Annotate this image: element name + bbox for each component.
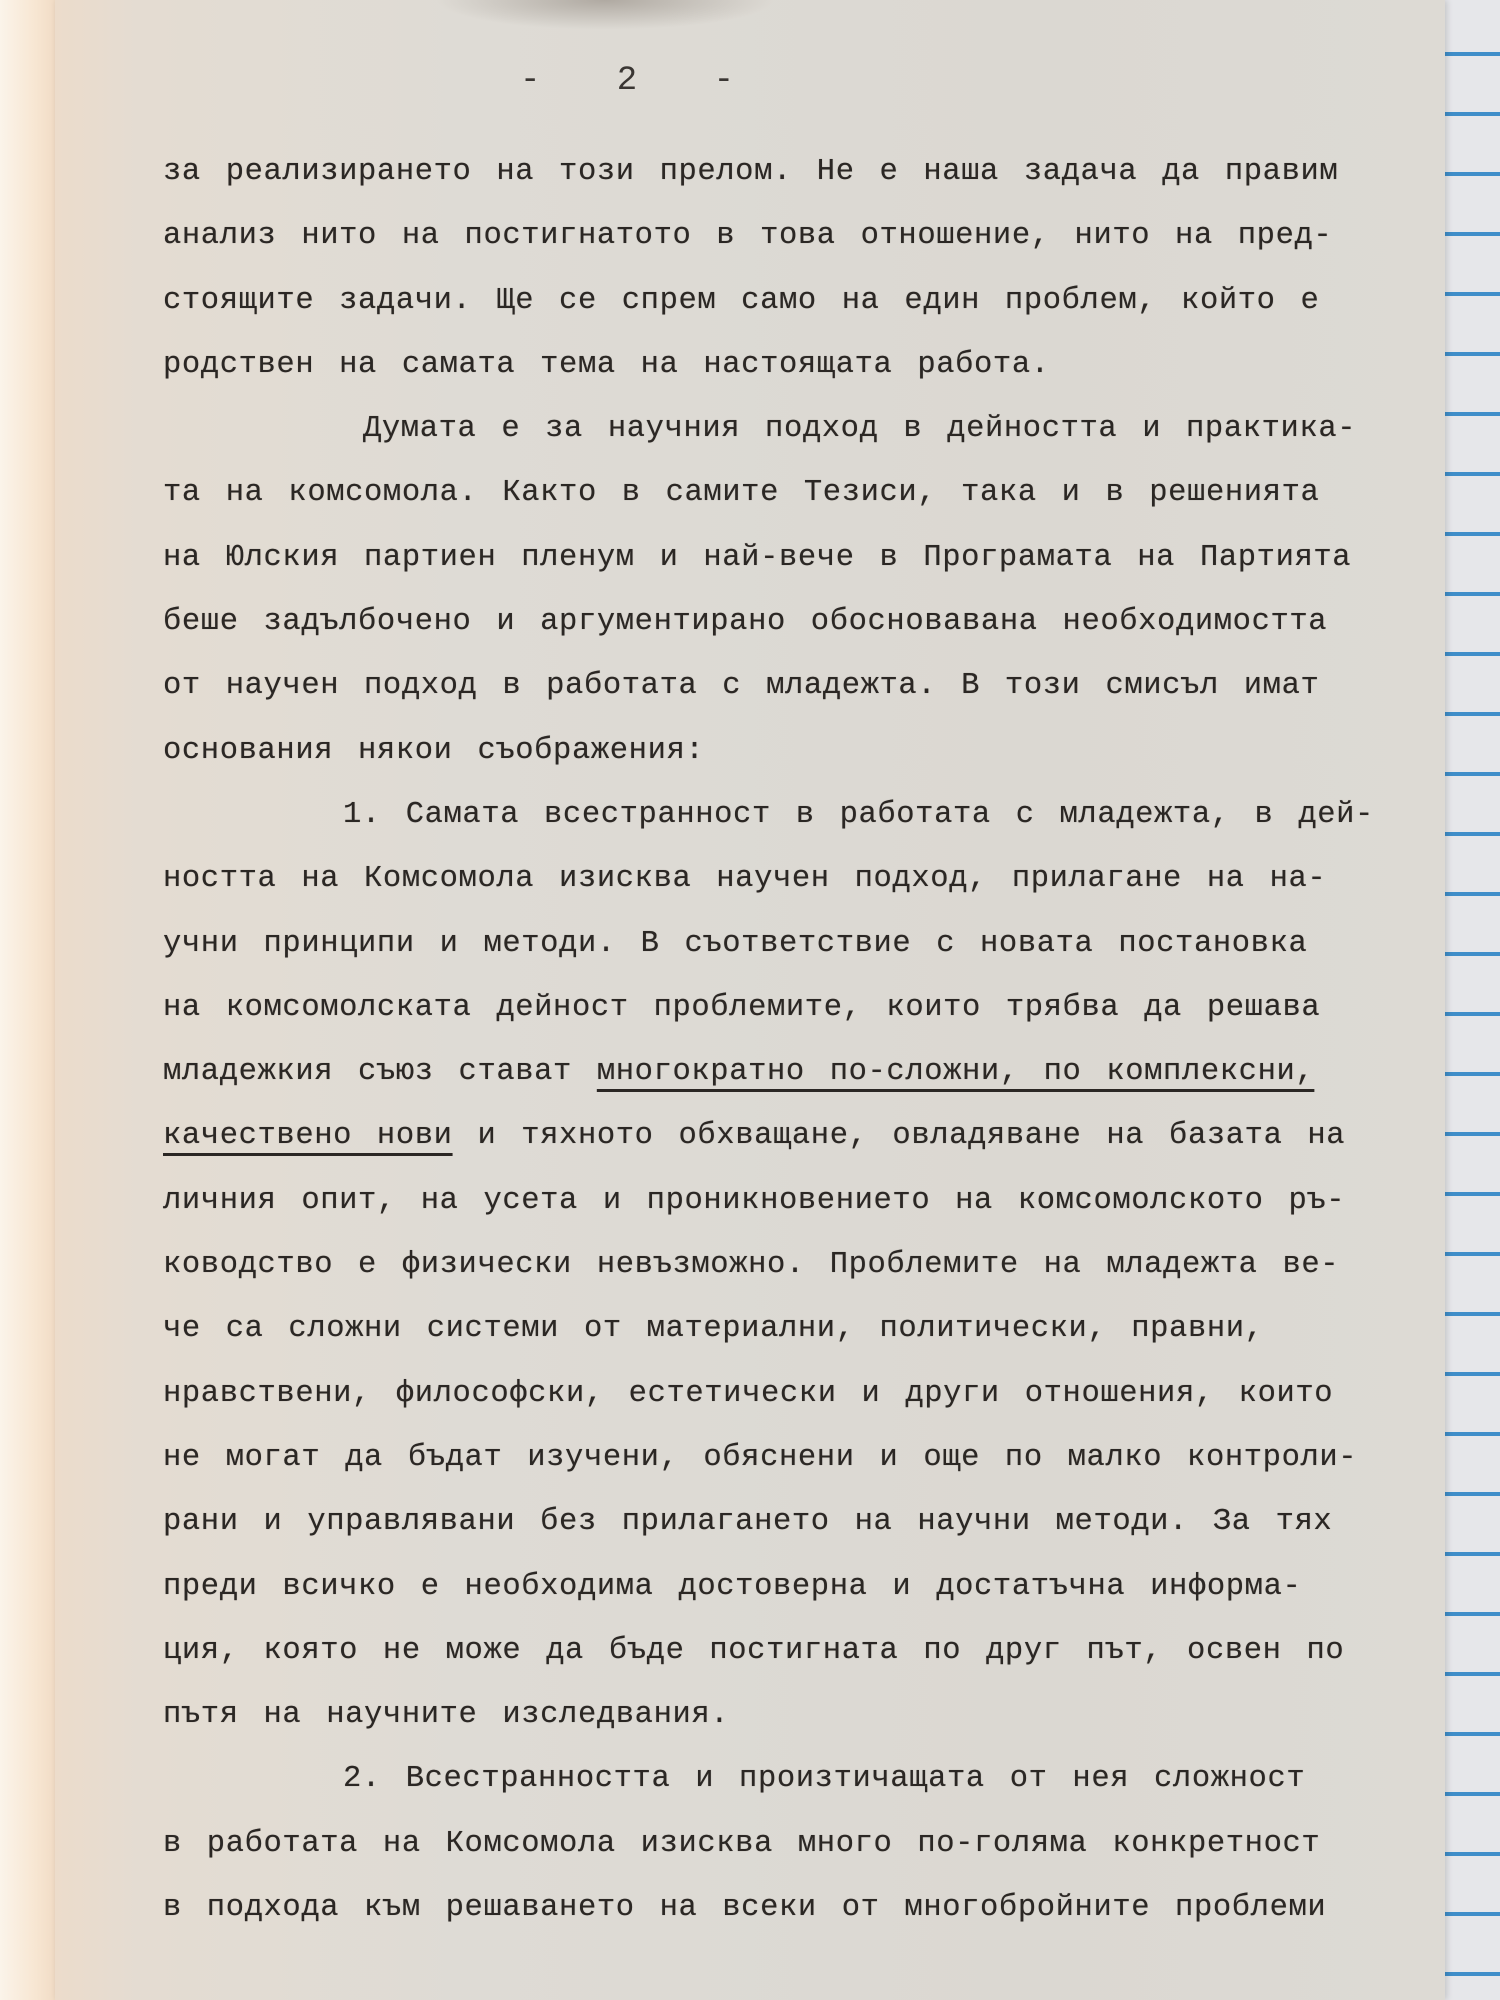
text-line: в работата на Комсомола изисква много по… bbox=[163, 1812, 1363, 1876]
text-line: пътя на научните изследвания. bbox=[163, 1683, 1363, 1747]
text-line: ководство е физически невъзможно. Пробле… bbox=[163, 1233, 1363, 1297]
numbered-point-1: 1. Самата всестранност в работата с млад… bbox=[163, 783, 1363, 847]
text-line: че са сложни системи от материални, поли… bbox=[163, 1297, 1363, 1361]
text-line: стоящите задачи. Ще се спрем само на еди… bbox=[163, 269, 1363, 333]
paragraph-start-line: Думата е за научния подход в дейността и… bbox=[163, 397, 1363, 461]
text-line: та на комсомола. Както в самите Тезиси, … bbox=[163, 461, 1363, 525]
text-line: за реализирането на този прелом. Не е на… bbox=[163, 140, 1363, 204]
text-line: беше задълбочено и аргументирано обоснов… bbox=[163, 590, 1363, 654]
text-line: анализ нито на постигнатото в това отнош… bbox=[163, 204, 1363, 268]
text-line: на Юлския партиен пленум и най-вече в Пр… bbox=[163, 526, 1363, 590]
underlined-phrase: качествено нови bbox=[163, 1119, 453, 1153]
page-number: - 2 - bbox=[520, 62, 762, 100]
text-line: на комсомолската дейност проблемите, кои… bbox=[163, 976, 1363, 1040]
text-line: ността на Комсомола изисква научен подхо… bbox=[163, 847, 1363, 911]
text-line: в подхода към решаването на всеки от мно… bbox=[163, 1876, 1363, 1940]
text-line: ция, която не може да бъде постигната по… bbox=[163, 1619, 1363, 1683]
text-line: нравствени, философски, естетически и др… bbox=[163, 1362, 1363, 1426]
text-line: родствен на самата тема на настоящата ра… bbox=[163, 333, 1363, 397]
text-line: учни принципи и методи. В съответствие с… bbox=[163, 912, 1363, 976]
text-line: не могат да бъдат изучени, обяснени и ощ… bbox=[163, 1426, 1363, 1490]
body-text: за реализирането на този прелом. Не е на… bbox=[163, 140, 1363, 1940]
text-line: от научен подход в работата с младежта. … bbox=[163, 654, 1363, 718]
text-segment: и тяхното обхващане, овладяване на базат… bbox=[453, 1119, 1346, 1153]
text-line: личния опит, на усета и проникновението … bbox=[163, 1169, 1363, 1233]
text-line: рани и управлявани без прилагането на на… bbox=[163, 1490, 1363, 1554]
text-segment: младежкия съюз стават bbox=[163, 1055, 597, 1089]
text-line: преди всичко е необходима достоверна и д… bbox=[163, 1555, 1363, 1619]
book-spine-edge bbox=[0, 0, 60, 2000]
underlined-phrase: многократно по-сложни, по комплексни, bbox=[597, 1055, 1314, 1089]
notebook-paper-background bbox=[1440, 0, 1500, 2000]
text-line: качествено нови и тяхното обхващане, овл… bbox=[163, 1104, 1363, 1168]
text-line: основания някои съображения: bbox=[163, 719, 1363, 783]
text-line: младежкия съюз стават многократно по-сло… bbox=[163, 1040, 1363, 1104]
numbered-point-2: 2. Всестранността и произтичащата от нея… bbox=[163, 1747, 1363, 1811]
binding-shadow bbox=[435, 0, 775, 30]
